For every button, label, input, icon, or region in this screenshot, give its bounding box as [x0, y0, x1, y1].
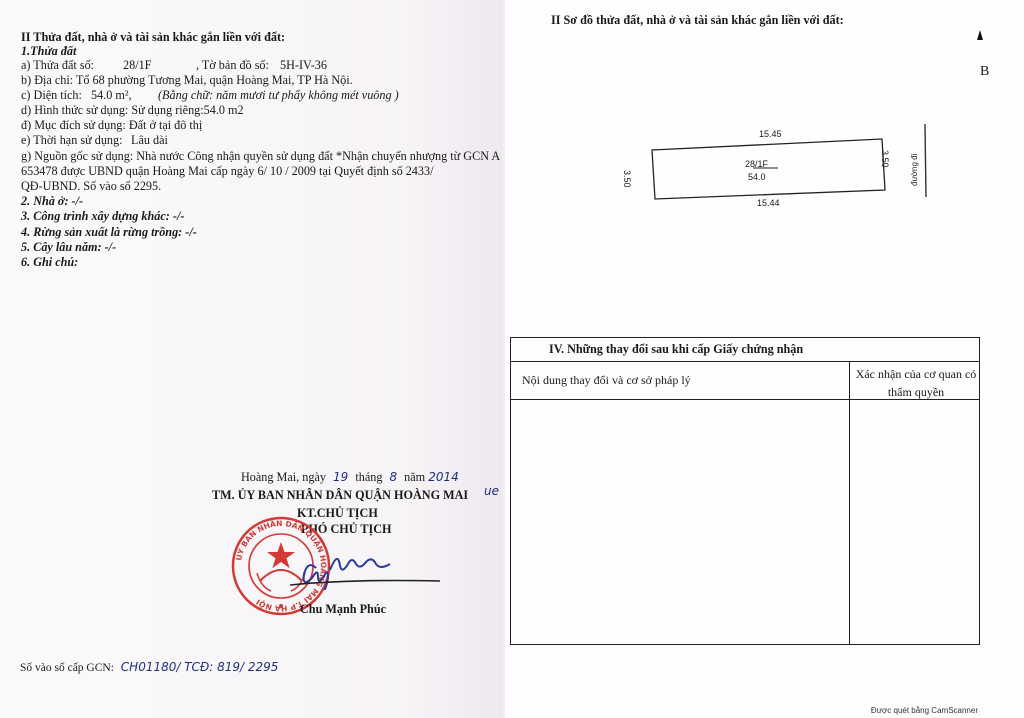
right-width: 3.50 [878, 150, 892, 168]
issuing-authority: TM. ỦY BAN NHÂN DÂN QUẬN HOÀNG MAI [212, 488, 468, 502]
item-production-forest: 4. Rừng sản xuất là rừng trồng: -/- [21, 225, 197, 239]
month-label: tháng [355, 470, 382, 484]
road-label: đường đi [908, 154, 922, 186]
line-address: b) Địa chỉ: Tổ 68 phường Tương Mai, quận… [21, 73, 353, 87]
initials: ue [484, 484, 499, 498]
usage-term-value: Lâu dài [131, 133, 168, 147]
area-value: 54.0 m², [91, 88, 132, 102]
left-page: II Thửa đất, nhà ở và tài sản khác gắn l… [0, 0, 505, 718]
plot-number-value: 28/1F [123, 58, 151, 72]
registry-value: CH01180/ TCĐ: 819/ 2295 [121, 660, 279, 674]
line-usage-form: d) Hình thức sử dụng: Sử dụng riêng:54.0… [21, 103, 244, 117]
line-origin-2: 653478 được UBND quận Hoàng Mai cấp ngày… [21, 164, 433, 178]
parcel-number: 28/1F [745, 157, 768, 171]
place-date-prefix: Hoàng Mai, ngày [241, 470, 326, 484]
line-plot-number: a) Thửa đất số: 28/1F , Tờ bản đồ số: 5H… [21, 58, 94, 72]
area-in-words: (Bằng chữ: năm mươi tư phẩy không mét vu… [158, 88, 399, 102]
item-notes: 6. Ghi chú: [21, 255, 78, 269]
usage-term-label: e) Thời hạn sử dụng: [21, 133, 123, 147]
item-other-construction: 3. Công trình xây dựng khác: -/- [21, 209, 184, 223]
subsection-land-plot: 1.Thửa đất [21, 44, 76, 58]
registry-label: Số vào sổ cấp GCN: [20, 662, 114, 674]
date-year: 2014 [428, 470, 459, 484]
parcel-outline [652, 139, 885, 199]
plot-number-label: a) Thửa đất số: [21, 58, 94, 72]
line-origin-1: g) Nguồn gốc sử dụng: Nhà nước Công nhận… [21, 149, 506, 163]
left-width: 3.50 [620, 170, 634, 188]
line-usage-term: e) Thời hạn sử dụng: Lâu dài [21, 133, 123, 147]
line-usage-purpose: đ) Mục đích sử dụng: Đất ở tại đô thị [21, 118, 202, 132]
scanner-watermark: Được quét bằng CamScanner [871, 706, 978, 715]
table-title: IV. Những thay đổi sau khi cấp Giấy chứn… [549, 342, 803, 357]
table-title-row: IV. Những thay đổi sau khi cấp Giấy chứn… [511, 338, 979, 362]
year-label: năm [404, 470, 425, 484]
top-length: 15.45 [759, 127, 782, 141]
section-title-land: II Thửa đất, nhà ở và tài sản khác gắn l… [21, 30, 285, 44]
signer-name: Chu Mạnh Phúc [300, 602, 386, 616]
map-sheet-value: 5H-IV-36 [280, 58, 327, 72]
place-date: Hoàng Mai, ngày 19 tháng 8 năm 2014 [241, 470, 459, 484]
registry-line: Số vào sổ cấp GCN: CH01180/ TCĐ: 819/ 22… [20, 660, 278, 675]
item-house: 2. Nhà ở: -/- [21, 194, 83, 208]
changes-table: IV. Những thay đổi sau khi cấp Giấy chứn… [510, 337, 980, 645]
parcel-area: 54.0 [748, 170, 766, 184]
column-header-confirmation: Xác nhận của cơ quan có thẩm quyền [851, 365, 981, 401]
table-column-divider [849, 361, 850, 645]
map-sheet-label: , Tờ bản đồ số: [196, 58, 269, 72]
north-arrow-icon [977, 30, 983, 40]
item-perennial-trees: 5. Cây lâu năm: -/- [21, 240, 116, 254]
line-origin-3: QĐ-UBND. Số vào sổ 2295. [21, 179, 161, 193]
table-cell-changes-empty [511, 400, 849, 644]
handwritten-signature-icon [290, 540, 450, 590]
area-label: c) Diện tích: [21, 88, 82, 102]
bottom-length: 15.44 [757, 196, 780, 210]
road-line [925, 124, 926, 197]
north-label: B [980, 65, 989, 79]
date-month: 8 [389, 470, 397, 484]
column-header-changes: Nội dung thay đổi và cơ sở pháp lý [522, 373, 691, 388]
line-area: c) Diện tích: 54.0 m², (Bằng chữ: năm mư… [21, 88, 82, 102]
table-cell-confirmation-empty [851, 400, 979, 644]
date-day: 19 [333, 470, 348, 484]
